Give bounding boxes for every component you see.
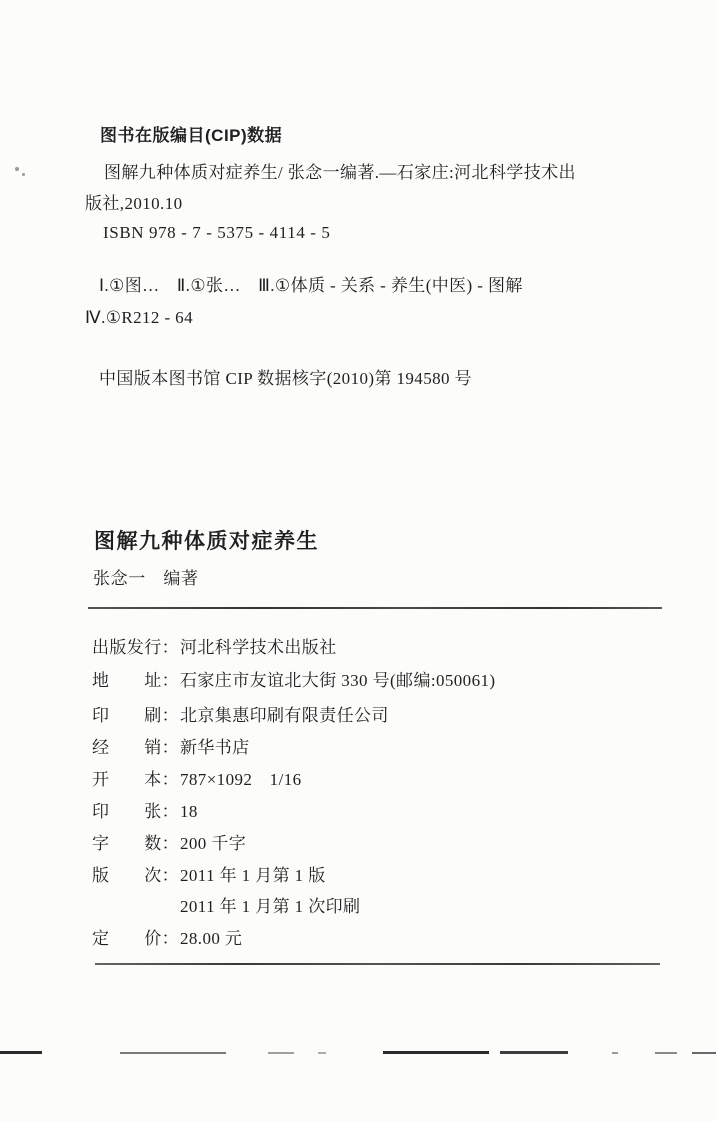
scan-artifact-segment (500, 1051, 568, 1054)
colophon-label: 定 价： (92, 924, 180, 949)
colophon-value: 北京集惠印刷有限责任公司 (180, 706, 389, 725)
cip-classification-line1: Ⅰ.①图… Ⅱ.①张… Ⅲ.①体质 - 关系 - 养生(中医) - 图解 (99, 275, 523, 296)
scan-artifact-segment (120, 1052, 226, 1054)
colophon-value: 18 (180, 802, 198, 821)
author-line: 张念一 编著 (93, 568, 199, 589)
colophon-row: 版 次：2011 年 1 月第 1 版 (92, 861, 326, 886)
colophon-label: 经 销： (92, 733, 180, 758)
colophon-value: 2011 年 1 月第 1 次印刷 (180, 897, 360, 916)
colophon-row: 开 本：787×1092 1/16 (92, 765, 302, 790)
divider-rule-bottom (95, 963, 660, 965)
colophon-value: 石家庄市友谊北大街 330 号(邮编:050061) (180, 671, 495, 690)
scan-artifact-segment (268, 1052, 294, 1054)
cip-record-number: 中国版本图书馆 CIP 数据核字(2010)第 194580 号 (99, 368, 472, 389)
scan-speck (15, 167, 19, 171)
colophon-value: 28.00 元 (180, 929, 242, 948)
isbn-number: ISBN 978 - 7 - 5375 - 4114 - 5 (103, 222, 331, 243)
scan-artifact-segment (655, 1052, 677, 1054)
colophon-value: 新华书店 (180, 738, 250, 757)
colophon-value: 200 千字 (180, 834, 246, 853)
scan-artifact-segment (612, 1052, 618, 1054)
scan-artifact-segment (0, 1051, 42, 1054)
divider-rule-top (88, 607, 662, 609)
scan-speck (22, 173, 25, 176)
colophon-row: 定 价：28.00 元 (92, 924, 242, 949)
colophon-label: 字 数： (92, 829, 180, 854)
cip-description-line2: 版社,2010.10 (85, 193, 183, 214)
book-title: 图解九种体质对症养生 (94, 529, 319, 555)
cip-classification-line2: Ⅳ.①R212 - 64 (85, 307, 193, 328)
colophon-row: 印 刷：北京集惠印刷有限责任公司 (92, 701, 389, 726)
colophon-row: 地 址：石家庄市友谊北大街 330 号(邮编:050061) (92, 666, 495, 691)
colophon-row: 2011 年 1 月第 1 次印刷 (92, 892, 360, 917)
colophon-value: 河北科学技术出版社 (180, 638, 337, 657)
colophon-label: 出版发行： (92, 633, 180, 658)
scan-artifact-segment (692, 1052, 716, 1054)
colophon-row: 字 数：200 千字 (92, 829, 246, 854)
colophon-label: 开 本： (92, 765, 180, 790)
cip-header: 图书在版编目(CIP)数据 (100, 125, 282, 146)
colophon-label: 印 刷： (92, 701, 180, 726)
colophon-value: 2011 年 1 月第 1 版 (180, 866, 326, 885)
scan-artifact-segment (318, 1052, 326, 1054)
cip-description-line1: 图解九种体质对症养生/ 张念一编著.—石家庄:河北科学技术出 (104, 162, 576, 183)
colophon-row: 出版发行：河北科学技术出版社 (92, 633, 337, 658)
colophon-value: 787×1092 1/16 (180, 770, 302, 789)
colophon-label: 地 址： (92, 666, 180, 691)
book-copyright-page: 图书在版编目(CIP)数据 图解九种体质对症养生/ 张念一编著.—石家庄:河北科… (0, 0, 716, 1122)
colophon-label: 印 张： (92, 797, 180, 822)
colophon-label: 版 次： (92, 861, 180, 886)
scan-artifact-segment (383, 1051, 489, 1054)
colophon-row: 印 张：18 (92, 797, 198, 822)
colophon-row: 经 销：新华书店 (92, 733, 250, 758)
